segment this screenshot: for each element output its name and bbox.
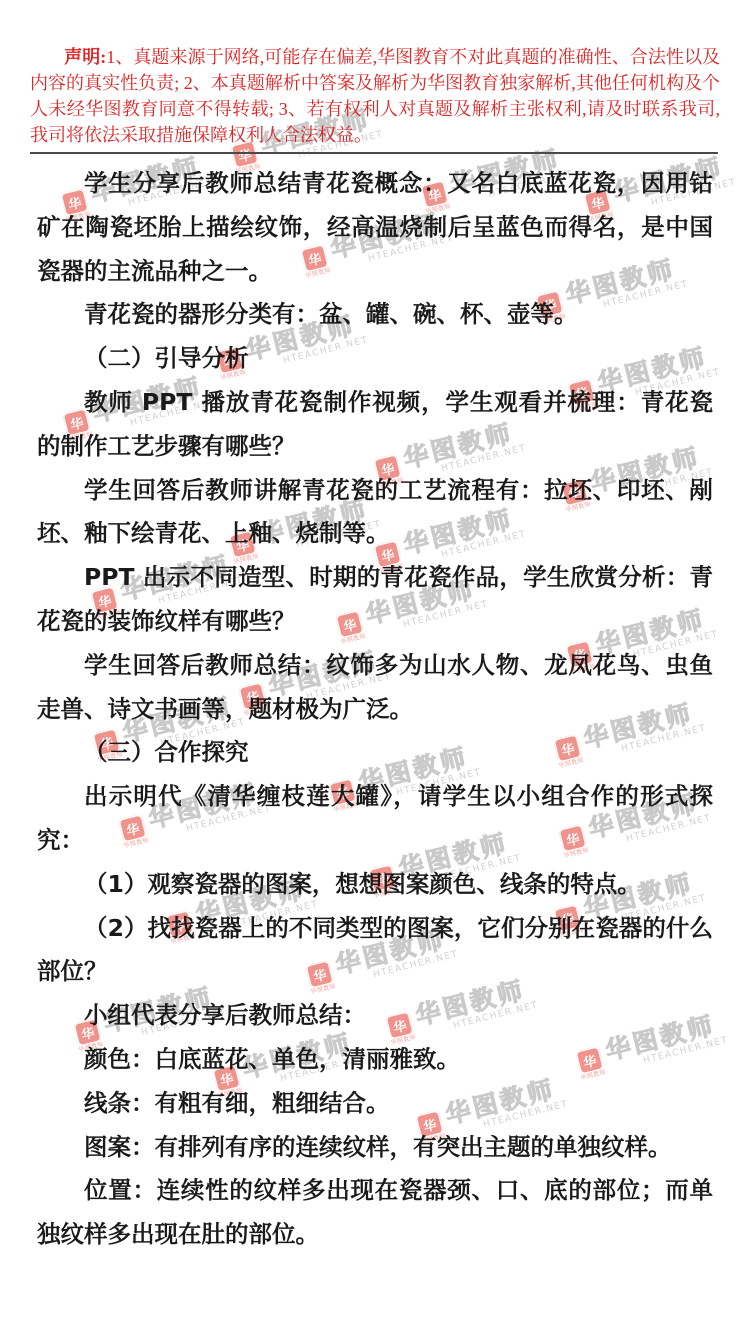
document-body: 学生分享后教师总结青花瓷概念：又名白底蓝花瓷，因用钴矿在陶瓷坯胎上描绘纹饰，经高… <box>0 154 748 1257</box>
document-content: 声明:1、真题来源于网络,可能存在偏差,华图教育不对此真题的准确性、合法性以及内… <box>0 0 748 1257</box>
paragraph-question-2: （2）找找瓷器上的不同类型的图案，它们分别在瓷器的什么部位？ <box>37 907 713 995</box>
paragraph-color: 颜色：白底蓝花、单色，清丽雅致。 <box>37 1038 713 1082</box>
paragraph-ppt-works: PPT 出示不同造型、时期的青花瓷作品，学生欣赏分析：青花瓷的装饰纹样有哪些？ <box>37 556 713 644</box>
paragraph-shape-categories: 青花瓷的器形分类有：盆、罐、碗、杯、壶等。 <box>37 293 713 337</box>
heading-section-2: （二）引导分析 <box>37 337 713 381</box>
paragraph-pattern: 图案：有排列有序的连续纹样，有突出主题的单独纹样。 <box>37 1126 713 1170</box>
paragraph-line: 线条：有粗有细，粗细结合。 <box>37 1082 713 1126</box>
disclaimer-paragraph: 声明:1、真题来源于网络,可能存在偏差,华图教育不对此真题的准确性、合法性以及内… <box>30 44 720 148</box>
disclaimer-body-text: 1、真题来源于网络,可能存在偏差,华图教育不对此真题的准确性、合法性以及内容的真… <box>30 47 720 145</box>
paragraph-group-summary: 小组代表分享后教师总结： <box>37 994 713 1038</box>
paragraph-ppt-video: 教师 PPT 播放青花瓷制作视频，学生观看并梳理：青花瓷的制作工艺步骤有哪些？ <box>37 381 713 469</box>
disclaimer: 声明:1、真题来源于网络,可能存在偏差,华图教育不对此真题的准确性、合法性以及内… <box>0 0 748 148</box>
document-page: 华华图教师华图教师HTEACHER.NET华华图教师华图教师HTEACHER.N… <box>0 0 748 1335</box>
paragraph-summary-concept: 学生分享后教师总结青花瓷概念：又名白底蓝花瓷，因用钴矿在陶瓷坯胎上描绘纹饰，经高… <box>37 162 713 293</box>
paragraph-pattern-summary: 学生回答后教师总结：纹饰多为山水人物、龙凤花鸟、虫鱼走兽、诗文书画等，题材极为广… <box>37 644 713 732</box>
paragraph-position: 位置：连续性的纹样多出现在瓷器颈、口、底的部位；而单独纹样多出现在肚的部位。 <box>37 1169 713 1257</box>
disclaimer-label: 声明: <box>64 47 106 67</box>
heading-section-3: （三）合作探究 <box>37 731 713 775</box>
paragraph-group-task: 出示明代《清华缠枝莲大罐》，请学生以小组合作的形式探究： <box>37 775 713 863</box>
paragraph-question-1: （1）观察瓷器的图案，想想图案颜色、线条的特点。 <box>37 863 713 907</box>
paragraph-craft-process: 学生回答后教师讲解青花瓷的工艺流程有：拉坯、印坯、剐坯、釉下绘青花、上釉、烧制等… <box>37 469 713 557</box>
